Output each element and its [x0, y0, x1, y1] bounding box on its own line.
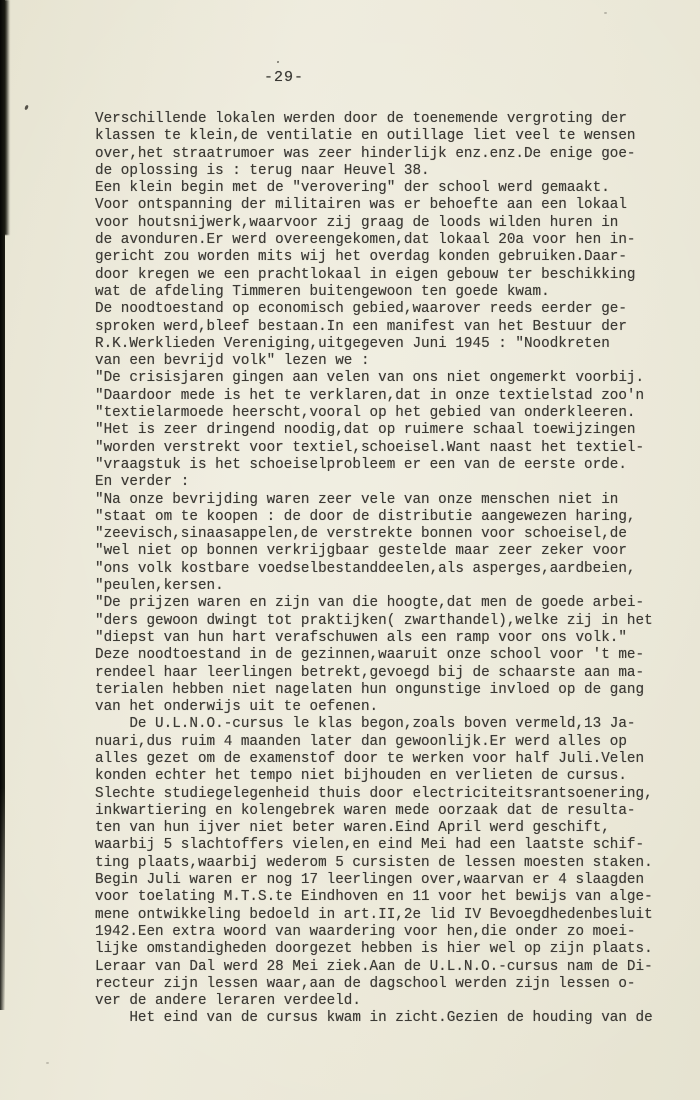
text-line: 1942.Een extra woord van waardering voor…	[95, 924, 670, 941]
text-line: "Het is zeer dringend noodig,dat op ruim…	[95, 422, 670, 439]
text-line: van een bevrijd volk" lezen we :	[95, 353, 670, 370]
page-number: -29-	[264, 69, 304, 86]
text-line: R.K.Werklieden Vereniging,uitgegeven Jun…	[95, 336, 670, 353]
text-line: sproken werd,bleef bestaan.In een manife…	[95, 319, 670, 336]
text-line: ver de andere leraren verdeeld.	[95, 993, 670, 1010]
paper-speck	[604, 12, 607, 14]
scan-edge-shadow	[0, 0, 5, 1010]
text-line: lijke omstandigheden doorgezet hebben is…	[95, 941, 670, 958]
text-line: Slechte studiegelegenheid thuis door ele…	[95, 786, 670, 803]
scanned-document-page: -29- Verschillende lokalen werden door d…	[0, 0, 700, 1100]
text-line: "diepst van hun hart verafschuwen als ee…	[95, 630, 670, 647]
text-line: gericht zou worden mits wij het overdag …	[95, 249, 670, 266]
text-line: Begin Juli waren er nog 17 leerlingen ov…	[95, 872, 670, 889]
text-line: "ders gewoon dwingt tot praktijken( zwar…	[95, 613, 670, 630]
text-line: "peulen,kersen.	[95, 578, 670, 595]
text-line: wat de afdeling Timmeren buitengewoon te…	[95, 284, 670, 301]
text-line: "worden verstrekt voor textiel,schoeisel…	[95, 440, 670, 457]
typewritten-text-block: Verschillende lokalen werden door de toe…	[95, 111, 670, 1028]
text-line: ting plaats,waarbij wederom 5 cursisten …	[95, 855, 670, 872]
text-line: recteur zijn lessen waar,aan de dagschoo…	[95, 976, 670, 993]
text-line: Een klein begin met de "verovering" der …	[95, 180, 670, 197]
paper-speck	[277, 61, 279, 63]
text-line: "De crisisjaren gingen aan velen van ons…	[95, 370, 670, 387]
text-line: De noodtoestand op economisch gebied,waa…	[95, 301, 670, 318]
text-line: Deze noodtoestand in de gezinnen,waaruit…	[95, 647, 670, 664]
text-line: "staat om te koopen : de door de distrib…	[95, 509, 670, 526]
text-line: terialen hebben niet nagelaten hun ongun…	[95, 682, 670, 699]
text-line: "Na onze bevrijding waren zeer vele van …	[95, 492, 670, 509]
text-line: de avonduren.Er werd overeengekomen,dat …	[95, 232, 670, 249]
text-line: De U.L.N.O.-cursus le klas begon,zoals b…	[95, 716, 670, 733]
text-line: door kregen we een prachtlokaal in eigen…	[95, 267, 670, 284]
text-line: Het eind van de cursus kwam in zicht.Gez…	[95, 1010, 670, 1027]
text-line: "ons volk kostbare voedselbestanddeelen,…	[95, 561, 670, 578]
text-line: konden echter het tempo niet bijhouden e…	[95, 768, 670, 785]
text-line: klassen te klein,de ventilatie en outill…	[95, 128, 670, 145]
text-line: ten van hun ijver niet beter waren.Eind …	[95, 820, 670, 837]
text-line: "Daardoor mede is het te verklaren,dat i…	[95, 388, 670, 405]
text-line: "wel niet op bonnen verkrijgbaar gesteld…	[95, 543, 670, 560]
text-line: nuari,dus ruim 4 maanden later dan gewoo…	[95, 734, 670, 751]
paper-speck	[24, 105, 28, 111]
text-line: En verder :	[95, 474, 670, 491]
text-line: de oplossing is : terug naar Heuvel 38.	[95, 163, 670, 180]
text-line: rendeel haar leerlingen betrekt,gevoegd …	[95, 665, 670, 682]
text-line: Verschillende lokalen werden door de toe…	[95, 111, 670, 128]
text-line: van het onderwijs uit te oefenen.	[95, 699, 670, 716]
text-line: "vraagstuk is het schoeiselprobleem er e…	[95, 457, 670, 474]
text-line: voor houtsnijwerk,waarvoor zij graag de …	[95, 215, 670, 232]
text-line: mene ontwikkeling bedoeld in art.II,2e l…	[95, 907, 670, 924]
text-line: waarbij 5 slachtoffers vielen,en eind Me…	[95, 837, 670, 854]
paper-speck	[46, 1062, 49, 1064]
text-line: inkwartiering en kolengebrek waren mede …	[95, 803, 670, 820]
text-line: voor toelating M.T.S.te Eindhoven en 11 …	[95, 889, 670, 906]
text-line: Leraar van Dal werd 28 Mei ziek.Aan de U…	[95, 959, 670, 976]
text-line: "zeevisch,sinaasappelen,de verstrekte bo…	[95, 526, 670, 543]
text-line: Voor ontspanning der militairen was er b…	[95, 197, 670, 214]
text-line: "De prijzen waren en zijn van die hoogte…	[95, 595, 670, 612]
text-line: over,het straatrumoer was zeer hinderlij…	[95, 146, 670, 163]
text-line: alles gezet om de examenstof door te wer…	[95, 751, 670, 768]
text-line: "textielarmoede heerscht,vooral op het g…	[95, 405, 670, 422]
